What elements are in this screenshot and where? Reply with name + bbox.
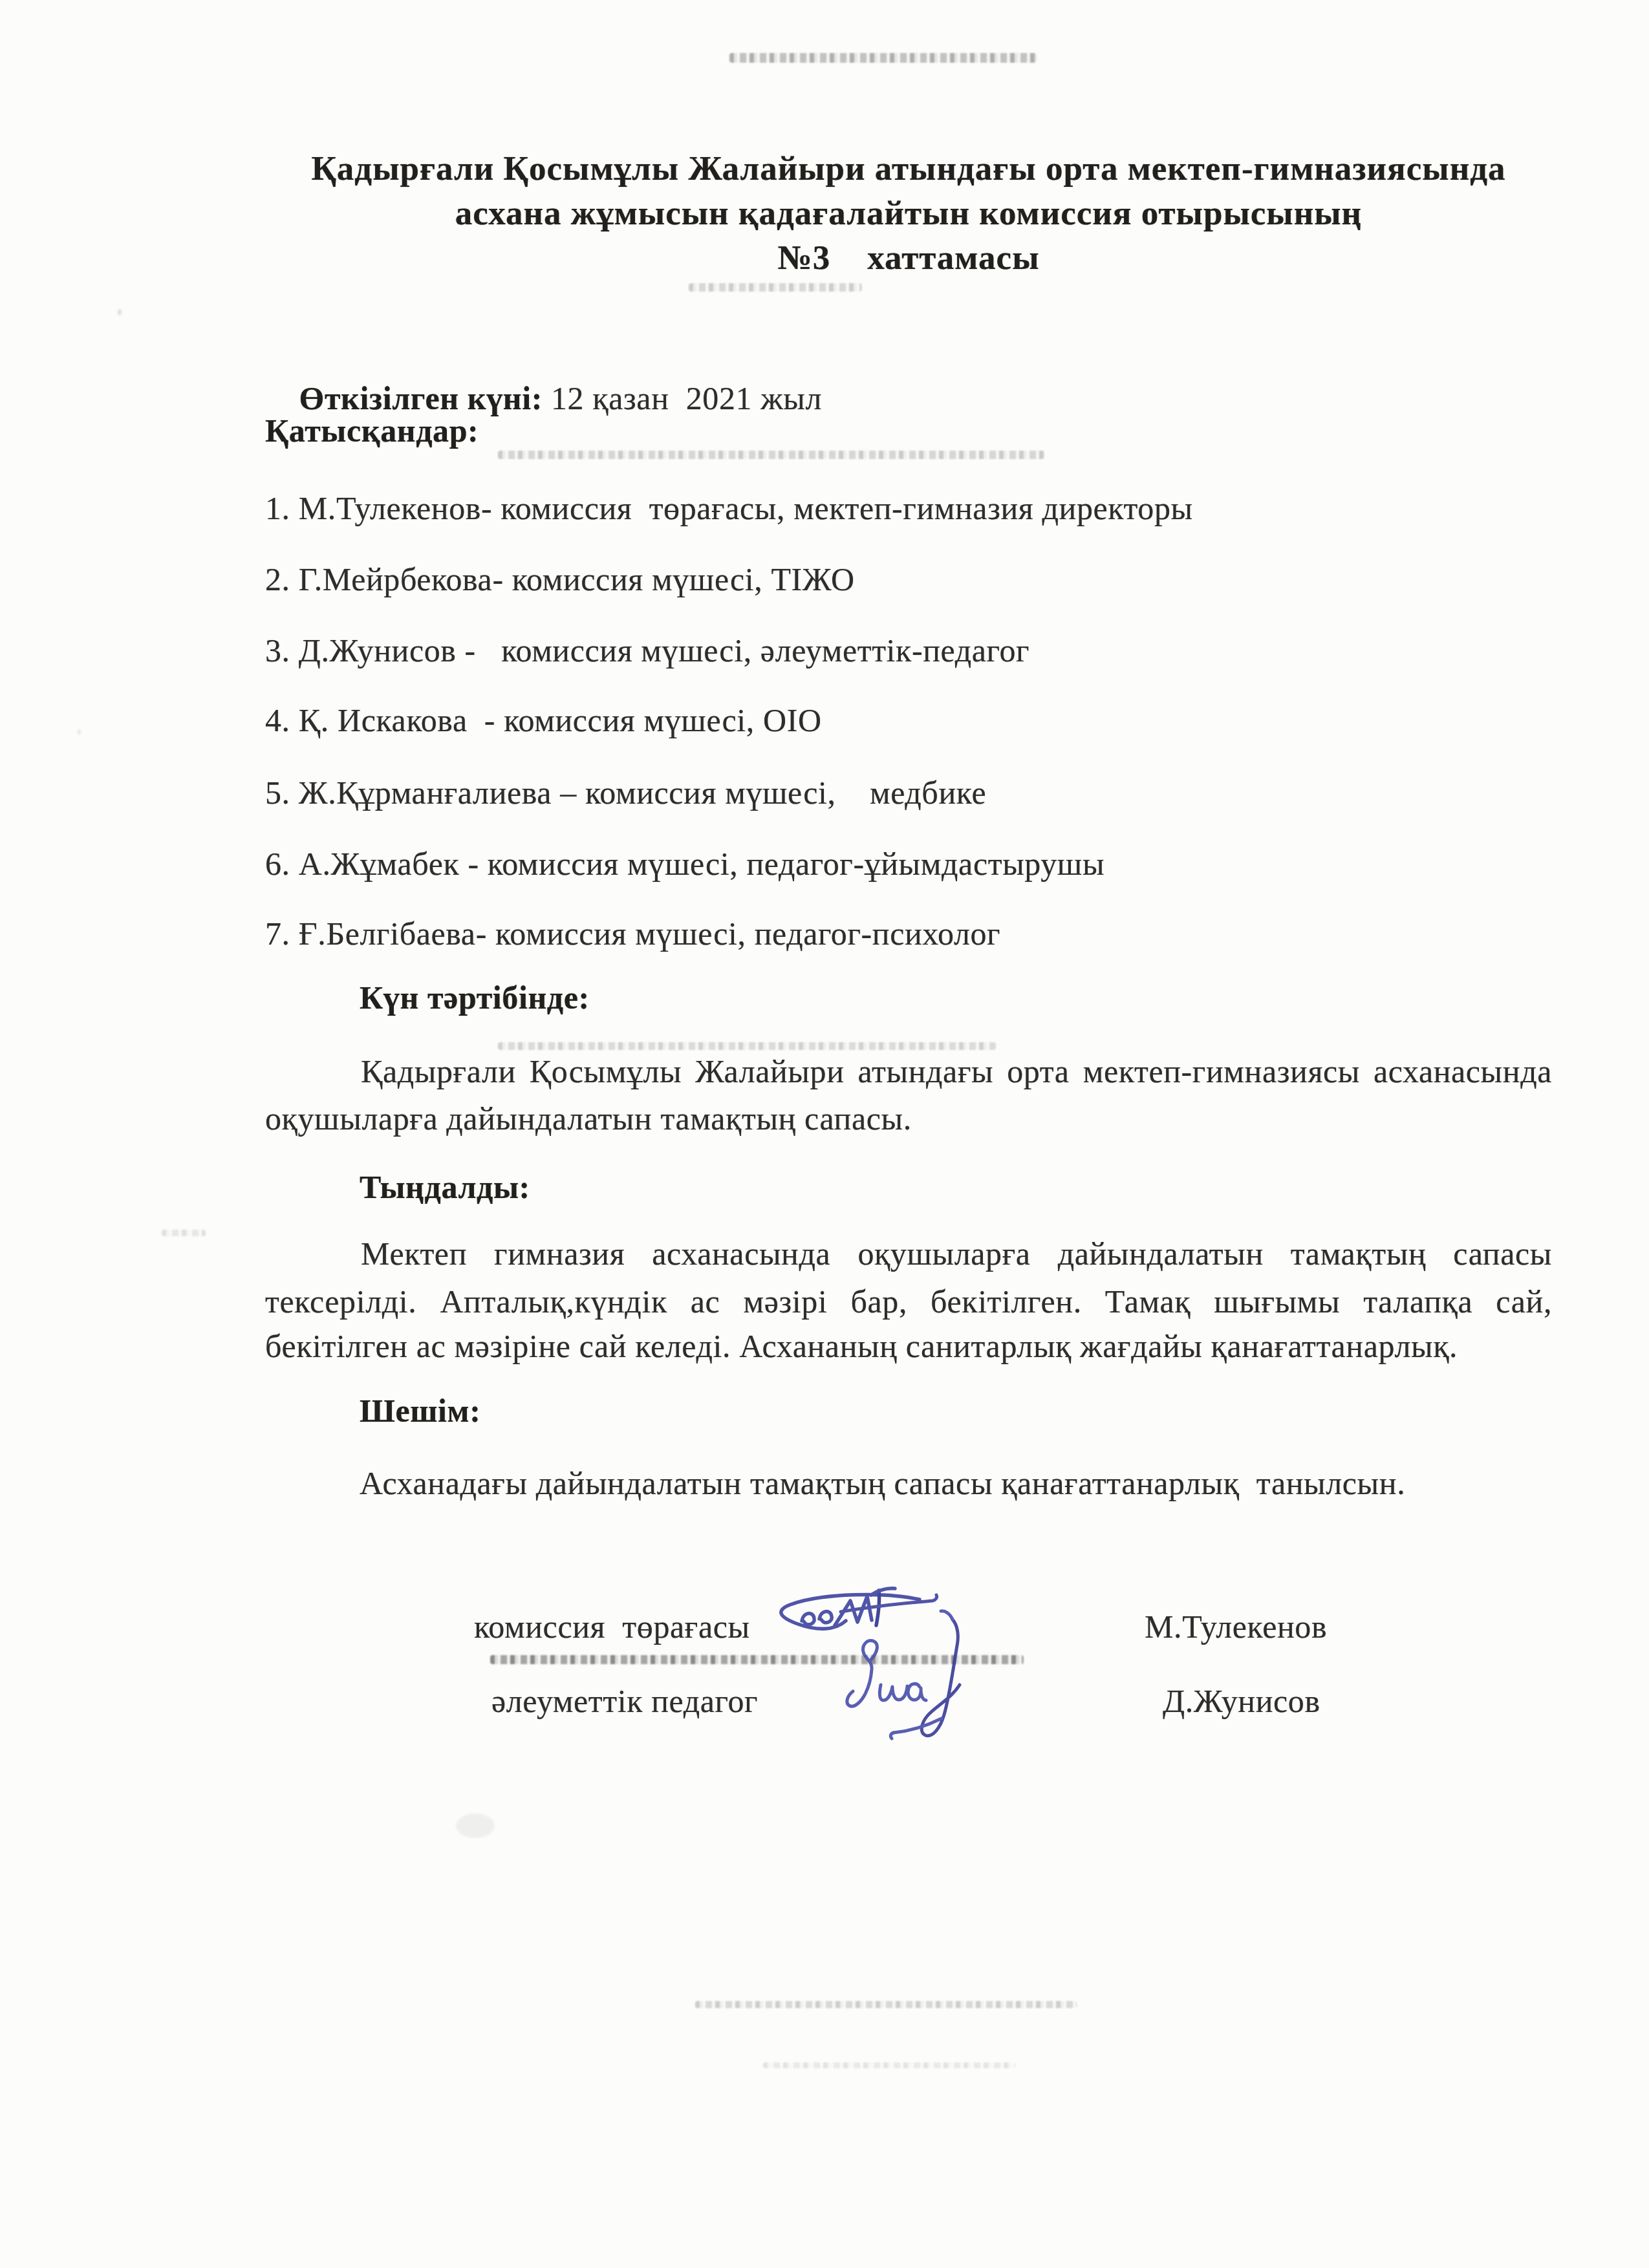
participant-item: 4. Қ. Искакова - комиссия мүшесі, ОІО: [265, 701, 822, 740]
signature-role-chairman: комиссия төрағасы: [474, 1607, 750, 1646]
decision-heading: Шешім:: [360, 1391, 481, 1430]
heard-line: Мектеп гимназия асханасында оқушыларға д…: [265, 1234, 1552, 1273]
scan-smudge-title3: [689, 283, 862, 292]
participant-item: 5. Ж.Құрманғалиева – комиссия мүшесі, ме…: [265, 773, 986, 812]
signature-name-pedagog: Д.Жунисов: [1163, 1682, 1320, 1720]
dust-speck: [118, 309, 122, 316]
scan-smudge-agenda: [498, 1042, 996, 1050]
scanned-protocol-page: Қадырғали Қосымұлы Жалайыри атындағы орт…: [0, 0, 1649, 2268]
scan-smudge-bottom-2: [763, 2062, 1015, 2068]
heard-line: бекітілген ас мәзіріне сай келеді. Асхан…: [265, 1327, 1458, 1365]
meeting-date-value: 12 қазан 2021 жыл: [543, 380, 822, 416]
scan-smudge-bottom-1: [695, 2001, 1077, 2008]
title-line-3: №3 хаттамасы: [265, 236, 1552, 281]
document-title: Қадырғали Қосымұлы Жалайыри атындағы орт…: [265, 147, 1552, 281]
agenda-line: оқушыларға дайындалатын тамақтың сапасы.: [265, 1099, 912, 1138]
handwritten-signatures: [744, 1545, 1041, 1804]
agenda-line: Қадырғали Қосымұлы Жалайыри атындағы орт…: [265, 1052, 1552, 1091]
participant-item: 1. М.Тулекенов- комиссия төрағасы, мекте…: [265, 489, 1193, 528]
chairman-signature-ink: [781, 1589, 937, 1629]
heard-heading: Тыңдалды:: [360, 1168, 530, 1206]
participant-item: 2. Г.Мейрбекова- комиссия мүшесі, ТІЖО: [265, 560, 855, 599]
participant-item: 7. Ғ.Белгібаева- комиссия мүшесі, педаго…: [265, 914, 1000, 953]
decision-line: Асханадағы дайындалатын тамақтың сапасы …: [360, 1464, 1405, 1503]
scan-smudge-top: [729, 53, 1037, 63]
signature-role-pedagog: әлеуметтік педагог: [491, 1682, 758, 1720]
participants-heading: Қатысқандар:: [265, 411, 479, 450]
signature-name-chairman: М.Тулекенов: [1145, 1607, 1327, 1646]
participant-item: 3. Д.Жунисов - комиссия мүшесі, әлеуметт…: [265, 631, 1029, 670]
pedagog-signature-ink: [847, 1611, 960, 1738]
title-line-1: Қадырғали Қосымұлы Жалайыри атындағы орт…: [265, 147, 1552, 191]
pencil-mark: [456, 1813, 495, 1838]
dust-speck: [78, 729, 81, 734]
heard-line: тексерілді. Апталық,күндік ас мәзірі бар…: [265, 1282, 1552, 1321]
participant-item: 6. А.Жұмабек - комиссия мүшесі, педагог-…: [265, 844, 1105, 883]
scan-smudge-heard-left: [162, 1230, 206, 1236]
agenda-heading: Күн тәртібінде:: [360, 978, 590, 1017]
title-line-2: асхана жұмысын қадағалайтын комиссия оты…: [265, 191, 1552, 236]
